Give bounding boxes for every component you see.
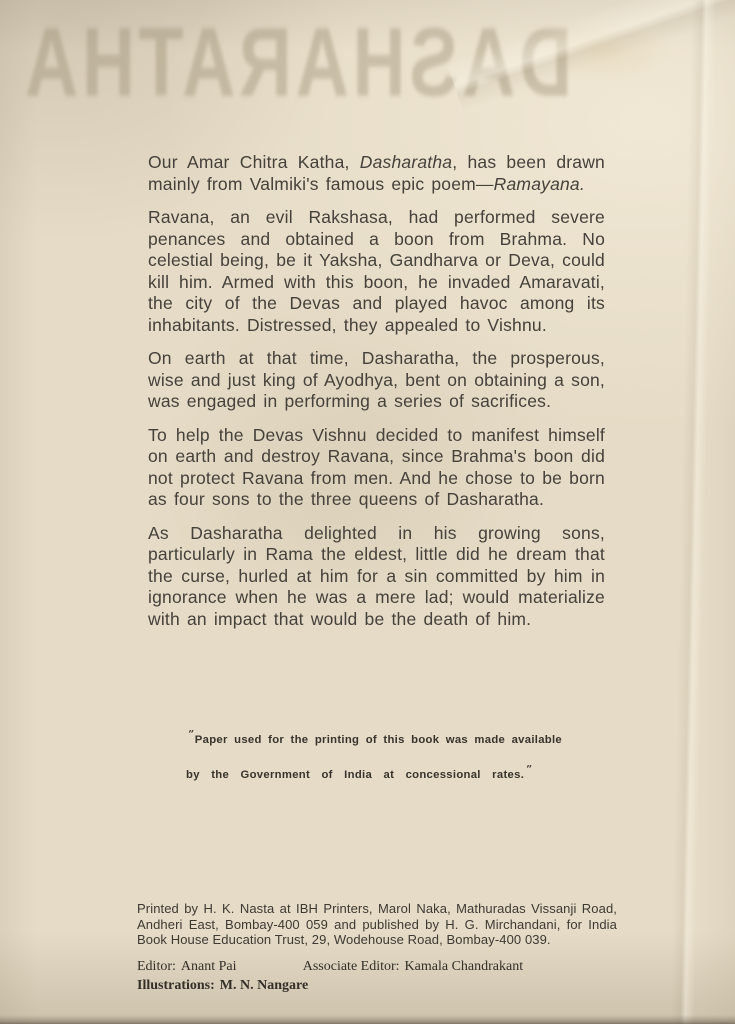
editor-label: Editor:: [137, 959, 176, 974]
note-text-2: by the Government of India at concession…: [186, 769, 524, 781]
editor-name: Anant Pai: [181, 959, 237, 974]
concessional-paper-note: ″Paper used for the printing of this boo…: [186, 720, 564, 790]
page-bottom-shadow: [0, 1015, 735, 1024]
body-paragraph-3: On earth at that time, Dasharatha, the p…: [148, 348, 605, 413]
associate-editor-name: Kamala Chandrakant: [405, 959, 524, 974]
associate-editor-credit: Associate Editor:Kamala Chandrakant: [303, 959, 523, 974]
illustrations-label: Illustrations:: [137, 978, 215, 993]
paragraph-text: Our Amar Chitra Katha,: [148, 152, 360, 172]
body-paragraph-1: Our Amar Chitra Katha, Dasharatha, has b…: [148, 152, 605, 195]
introduction-text: Our Amar Chitra Katha, Dasharatha, has b…: [148, 152, 605, 642]
editor-credit: Editor:Anant Pai: [137, 958, 300, 975]
credits-block: Editor:Anant Pai Associate Editor:Kamala…: [137, 958, 627, 994]
body-paragraph-2: Ravana, an evil Rakshasa, had performed …: [148, 207, 605, 336]
paper-crease-vertical: [670, 0, 715, 1024]
title-italic: Dasharatha: [360, 152, 452, 172]
body-paragraph-5: As Dasharatha delighted in his growing s…: [148, 523, 605, 631]
illustrations-name: M. N. Nangare: [220, 978, 308, 993]
note-line-1: ″Paper used for the printing of this boo…: [186, 720, 564, 755]
body-paragraph-4: To help the Devas Vishnu decided to mani…: [148, 425, 605, 511]
close-quote: ″: [523, 755, 534, 784]
illustrations-row: Illustrations:M. N. Nangare: [137, 977, 627, 994]
associate-editor-label: Associate Editor:: [303, 959, 400, 974]
note-text-1: Paper used for the printing of this book…: [195, 734, 562, 746]
epic-italic: Ramayana.: [494, 174, 585, 194]
editors-row: Editor:Anant Pai Associate Editor:Kamala…: [137, 958, 627, 975]
scanned-book-page: DASHARATHA Our Amar Chitra Katha, Dashar…: [0, 0, 735, 1024]
note-line-2: by the Government of India at concession…: [186, 755, 564, 790]
printer-imprint: Printed by H. K. Nasta at IBH Printers, …: [137, 901, 617, 948]
